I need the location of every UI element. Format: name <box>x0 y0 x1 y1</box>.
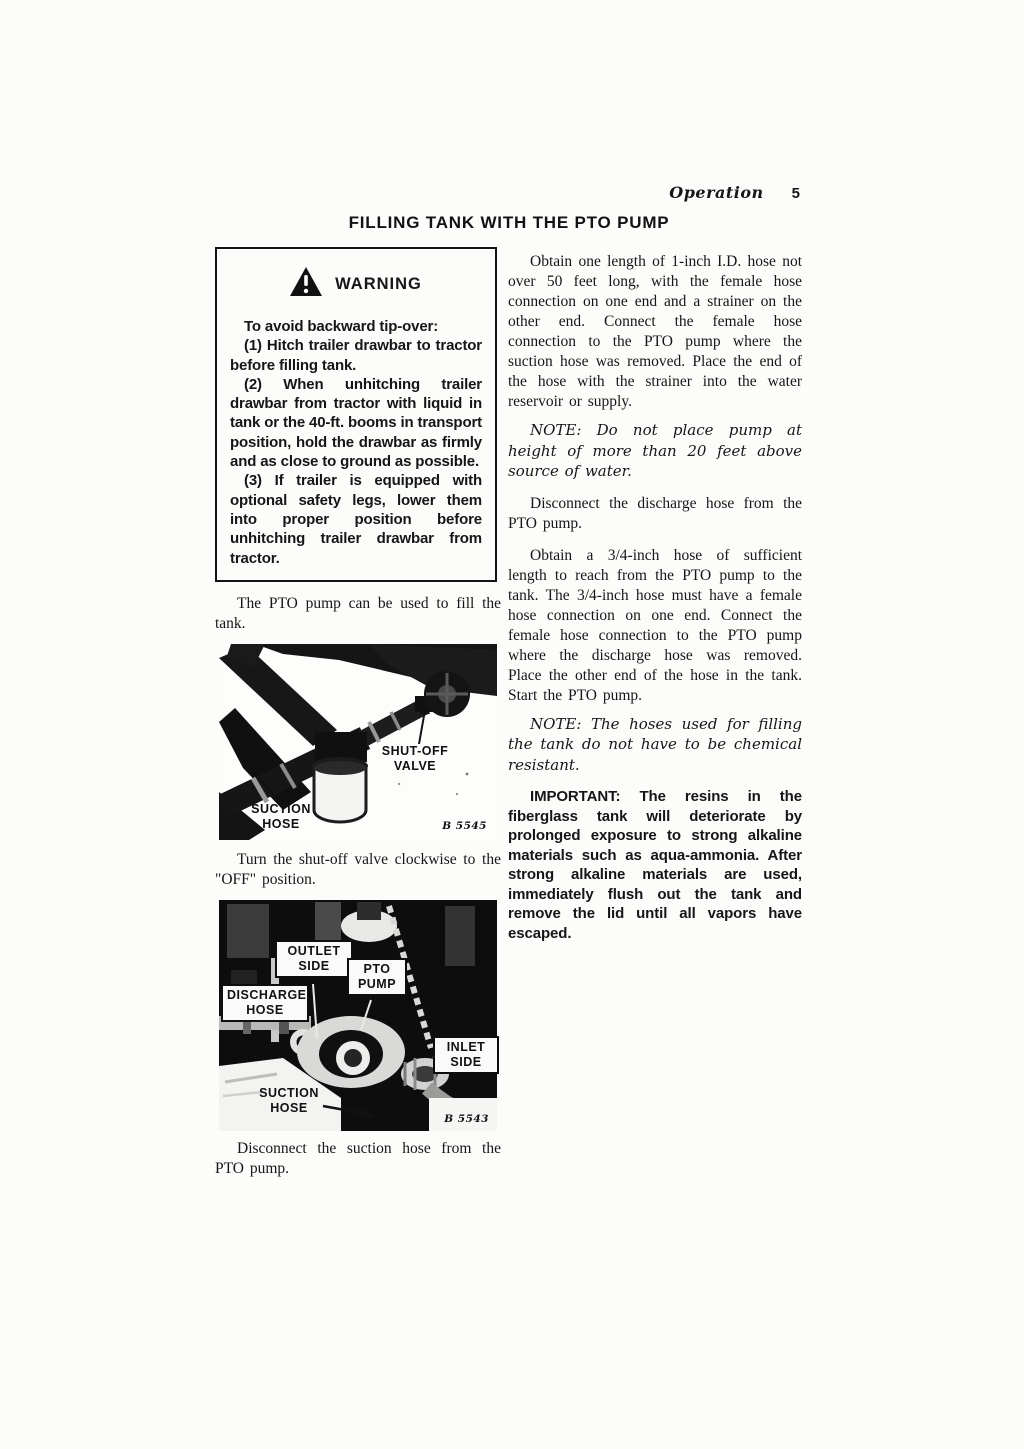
figure-pto-pump: OUTLET SIDE PTO PUMP DISCHARGE HOSE INLE… <box>219 900 497 1131</box>
para-obtain-1inch-hose: Obtain one length of 1-inch I.D. hose no… <box>508 252 802 412</box>
para-disconnect-discharge: Disconnect the discharge hose from the P… <box>508 494 802 534</box>
note-pump-height: NOTE: Do not place pump at height of mor… <box>508 420 802 482</box>
warning-box: WARNING To avoid backward tip-over: (1) … <box>215 247 497 582</box>
warning-heading: WARNING <box>230 267 482 301</box>
page-header: Operation 5 <box>560 183 800 202</box>
para-pto-fill: The PTO pump can be used to fill the tan… <box>215 594 501 634</box>
warning-item: (1) Hitch trailer drawbar to tractor bef… <box>230 336 482 375</box>
note-hoses-chemical: NOTE: The hoses used for filling the tan… <box>508 714 802 776</box>
label-suction-hose: SUCTION HOSE <box>249 1086 329 1116</box>
label-pto-pump: PTO PUMP <box>347 958 407 996</box>
warning-triangle-icon <box>290 267 322 301</box>
caption-disconnect-suction: Disconnect the suction hose from the PTO… <box>215 1139 501 1179</box>
photo-id: B 5545 <box>442 820 487 832</box>
warning-intro: To avoid backward tip-over: <box>230 317 482 336</box>
label-outlet-side: OUTLET SIDE <box>275 940 353 978</box>
caption-shutoff: Turn the shut-off valve clockwise to the… <box>215 850 501 890</box>
manual-page: Operation 5 FILLING TANK WITH THE PTO PU… <box>0 0 1024 1449</box>
photo-id: B 5543 <box>444 1113 489 1125</box>
figure-shutoff-valve: SHUT-OFF VALVE SUCTION HOSE B 5545 <box>219 644 497 840</box>
right-column: Obtain one length of 1-inch I.D. hose no… <box>508 252 802 943</box>
page-title: FILLING TANK WITH THE PTO PUMP <box>215 213 803 233</box>
label-discharge-hose: DISCHARGE HOSE <box>221 984 309 1022</box>
warning-item: (2) When unhitching trailer drawbar from… <box>230 375 482 471</box>
warning-item: (3) If trailer is equipped with optional… <box>230 471 482 567</box>
left-column: WARNING To avoid backward tip-over: (1) … <box>215 247 501 1189</box>
section-label: Operation <box>669 183 763 202</box>
para-obtain-34inch-hose: Obtain a 3/4-inch hose of sufficient len… <box>508 546 802 706</box>
label-shut-off-valve: SHUT-OFF VALVE <box>367 744 463 774</box>
page-number: 5 <box>792 185 800 202</box>
para-important-resins: IMPORTANT: The resins in the fiberglass … <box>508 787 802 943</box>
warning-label: WARNING <box>335 275 422 294</box>
label-inlet-side: INLET SIDE <box>433 1036 499 1074</box>
label-suction-hose: SUCTION HOSE <box>235 802 327 832</box>
